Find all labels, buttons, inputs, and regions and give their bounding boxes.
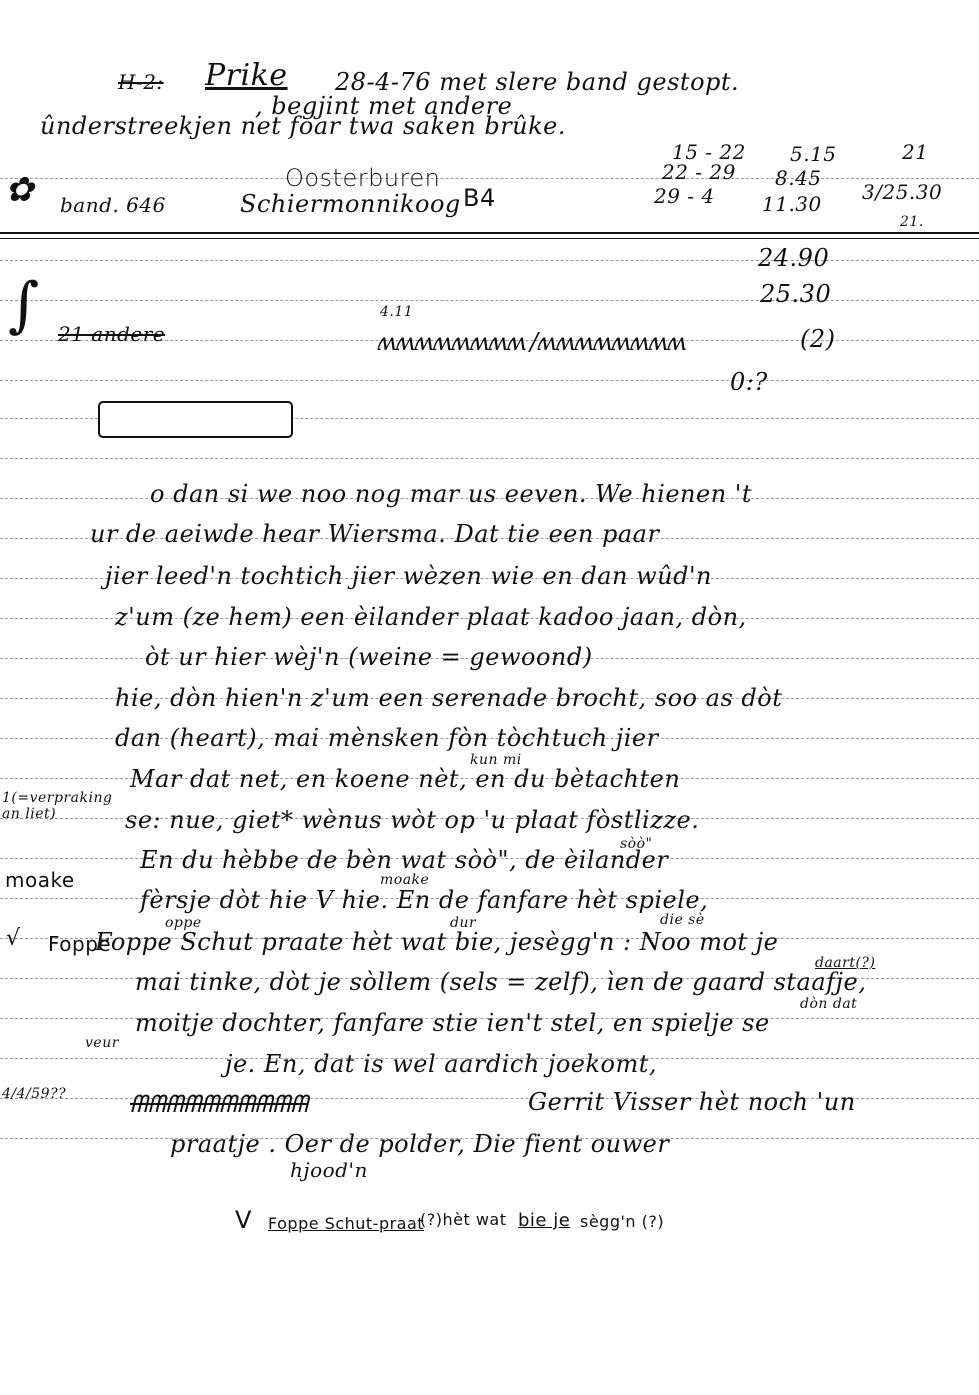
- transcript-line: je. En, dat is wel aardich joekomt,: [225, 1050, 657, 1078]
- timing-right-bottom: 21.: [900, 214, 924, 230]
- interlinear-note: die sè: [660, 912, 705, 928]
- ruled-line: [0, 380, 979, 381]
- footnote-text-b: (?)hèt wat: [420, 1210, 506, 1229]
- transcript-line: hie, dòn hien'n z'um een serenade brocht…: [115, 684, 782, 712]
- header-title-name: Prike: [205, 58, 288, 93]
- transcript-line: moitje dochter, fanfare stie ien't stel,…: [135, 1009, 770, 1037]
- footnote-text-c: bie je: [518, 1210, 570, 1231]
- tape-code: B4: [463, 184, 496, 212]
- ruled-line: [0, 178, 979, 179]
- timing-value: 8.45: [775, 166, 822, 190]
- band-label: band. 646: [60, 193, 166, 217]
- margin-note-foppe: Foppe: [48, 932, 111, 956]
- transcript-line: Gerrit Visser hèt noch 'un: [528, 1088, 856, 1116]
- timing-right-top: 21: [902, 140, 928, 164]
- margin-note-verpraking: 1(=verpraking an liet): [2, 790, 112, 822]
- timing-value: 11.30: [762, 192, 822, 216]
- ruled-line: [0, 300, 979, 301]
- transcript-line: praatje . Oer de polder, Die fient ouwer: [170, 1130, 669, 1158]
- transcript-line: Foppe Schut praate hèt wat bie, jesègg'n…: [95, 928, 778, 956]
- transcript-line: z'um (ze hem) een èilander plaat kadoo j…: [115, 603, 747, 631]
- transcript-line: fèrsje dòt hie V hie. En de fanfare hèt …: [140, 886, 708, 914]
- check-mark-icon: √: [6, 926, 20, 951]
- header-double-rule-bottom: [0, 238, 979, 239]
- wavy-scribble: ʍʍʍʍʍʍʍʍ /ʍʍʍʍʍʍʍʍ: [376, 328, 684, 356]
- scribble-marker: (2): [800, 325, 836, 353]
- transcript-line: ur de aeiwde hear Wiersma. Dat tie een p…: [90, 520, 659, 548]
- transcript-line: En du hèbbe de bèn wat sòò", de èilander: [140, 846, 668, 874]
- timing-sub-2: 25.30: [760, 280, 831, 308]
- timing-sub-3: 0:?: [730, 368, 768, 396]
- transcript-line: Mar dat net, en koene nèt, en du bètacht…: [130, 765, 680, 793]
- district-name: Oosterburen: [285, 164, 440, 192]
- left-bracket-flourish-icon: ∫: [8, 270, 40, 340]
- margin-note-date: 4/4/59??: [2, 1086, 66, 1102]
- transcript-line: se: nue, giet* wènus wòt op 'u plaat fòs…: [125, 806, 699, 834]
- timing-range: 22 - 29: [662, 160, 736, 184]
- footnote-text-d: sègg'n (?): [580, 1212, 664, 1231]
- transcript-line: òt ur hier wèj'n (weine = gewoond): [145, 643, 593, 671]
- timing-right-mid: 3/25.30: [862, 180, 942, 204]
- place-name: Schiermonnikoog: [240, 190, 461, 218]
- timing-sub-1: 24.90: [758, 244, 829, 272]
- ruled-line: [0, 260, 979, 261]
- footnote-text-a: Foppe Schut-praat: [268, 1214, 424, 1233]
- transcript-line: jier leed'n tochtich jier wèzen wie en d…: [105, 562, 712, 590]
- interlinear-note: hjood'n: [290, 1158, 368, 1182]
- timing-value: 5.15: [790, 142, 837, 166]
- crossed-scribble: ᗰᗰᗰᗰᗰᗰᗰᗰᗰᗰ: [130, 1090, 308, 1118]
- transcript-line: dan (heart), mai mènsken fòn tòchtuch ji…: [115, 724, 659, 752]
- scribble-flourish-icon: ✿: [5, 170, 34, 210]
- header-double-rule-top: [0, 232, 979, 234]
- small-note: 4.11: [380, 304, 413, 320]
- empty-label-box: [98, 401, 293, 438]
- margin-note-moake: moake: [5, 868, 75, 892]
- interlinear-note: veur: [85, 1035, 119, 1051]
- transcript-line: o dan si we noo nog mar us eeven. We hie…: [150, 480, 752, 508]
- interlinear-note: dòn dat: [800, 996, 857, 1012]
- transcript-line: mai tinke, dòt je sòllem (sels = zelf), …: [135, 968, 866, 996]
- ruled-line: [0, 458, 979, 459]
- header-prefix-mark: H-2:: [118, 70, 164, 94]
- crossed-note: 21 andere: [58, 322, 165, 346]
- timing-range: 29 - 4: [654, 184, 715, 208]
- header-line-3: ûnderstreekjen net foar twa saken brûke.: [40, 112, 566, 140]
- check-mark-icon: V: [235, 1206, 251, 1234]
